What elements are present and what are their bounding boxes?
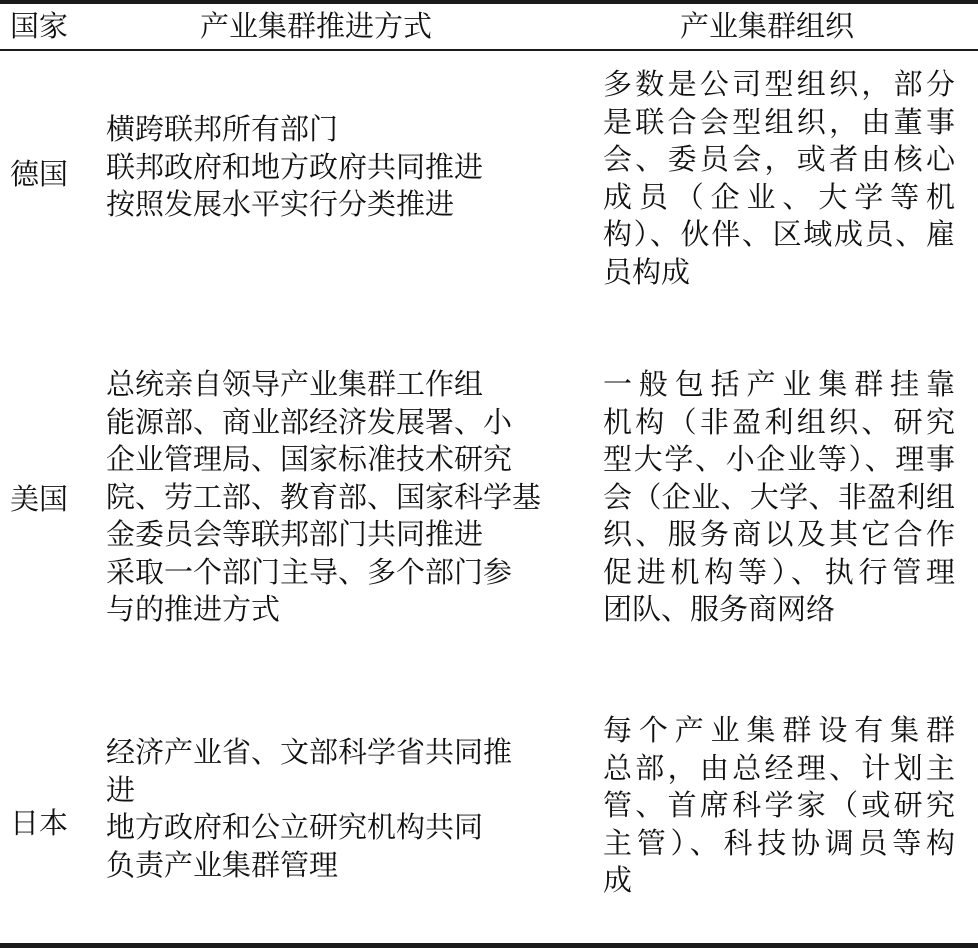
row-country: 日本	[10, 804, 90, 844]
approach-line: 能源部、商业部经济发展署、小	[106, 404, 566, 442]
organization-line: 团队、服务商网络	[603, 591, 955, 629]
row-organization: 一般包括产业集群挂靠 机构（非盈利组织、研究 型大学、小企业等）、理事 会（企业…	[603, 366, 958, 629]
row-approach: 总统亲自领导产业集群工作组 能源部、商业部经济发展署、小 企业管理局、国家标准技…	[106, 366, 566, 629]
row-approach: 横跨联邦所有部门 联邦政府和地方政府共同推进 按照发展水平实行分类推进	[106, 111, 566, 224]
organization-line: 促进机构等）、执行管理	[603, 554, 955, 592]
organization-line: 是联合会型组织，由董事	[603, 104, 955, 142]
organization-line: 织、服务商以及其它合作	[603, 516, 955, 554]
approach-line: 总统亲自领导产业集群工作组	[106, 366, 566, 404]
approach-line: 与的推进方式	[106, 591, 566, 629]
approach-line: 负责产业集群管理	[106, 847, 566, 885]
row-country: 德国	[10, 155, 90, 195]
organization-line: 每个产业集群设有集群	[603, 712, 955, 750]
approach-line: 横跨联邦所有部门	[106, 111, 566, 149]
row-organization: 多数是公司型组织，部分 是联合会型组织，由董事 会、委员会，或者由核心 成员（企…	[603, 66, 958, 291]
approach-line: 进	[106, 772, 566, 810]
header-country: 国家	[10, 7, 90, 47]
approach-line: 采取一个部门主导、多个部门参	[106, 554, 566, 592]
organization-line: 主管）、科技协调员等构	[603, 825, 955, 863]
organization-line: 员构成	[603, 254, 955, 292]
organization-line: 成员（企业、大学等机	[603, 179, 955, 217]
approach-line: 地方政府和公立研究机构共同	[106, 809, 566, 847]
approach-line: 企业管理局、国家标准技术研究	[106, 441, 566, 479]
organization-line: 构）、伙伴、区域成员、雇	[603, 216, 955, 254]
table-bottom-rule	[0, 943, 978, 948]
approach-line: 按照发展水平实行分类推进	[106, 186, 566, 224]
row-organization: 每个产业集群设有集群 总部，由总经理、计划主 管、首席科学家（或研究 主管）、科…	[603, 712, 958, 900]
approach-line: 金委员会等联邦部门共同推进	[106, 516, 566, 554]
approach-line: 院、劳工部、教育部、国家科学基	[106, 479, 566, 517]
approach-line: 经济产业省、文部科学省共同推	[106, 734, 566, 772]
organization-line: 多数是公司型组织，部分	[603, 66, 955, 104]
organization-line: 总部，由总经理、计划主	[603, 750, 955, 788]
table-top-rule	[0, 0, 978, 4]
organization-line: 管、首席科学家（或研究	[603, 787, 955, 825]
organization-line: 机构（非盈利组织、研究	[603, 404, 955, 442]
organization-line: 会、委员会，或者由核心	[603, 141, 955, 179]
approach-line: 联邦政府和地方政府共同推进	[106, 149, 566, 187]
header-rule	[0, 49, 978, 51]
organization-line: 会（企业、大学、非盈利组	[603, 479, 955, 517]
row-country: 美国	[10, 480, 90, 520]
header-organization: 产业集群组织	[680, 7, 854, 47]
header-approach: 产业集群推进方式	[200, 7, 432, 47]
organization-line: 成	[603, 862, 955, 900]
organization-line: 型大学、小企业等）、理事	[603, 441, 955, 479]
organization-line: 一般包括产业集群挂靠	[603, 366, 955, 404]
row-approach: 经济产业省、文部科学省共同推 进 地方政府和公立研究机构共同 负责产业集群管理	[106, 734, 566, 884]
